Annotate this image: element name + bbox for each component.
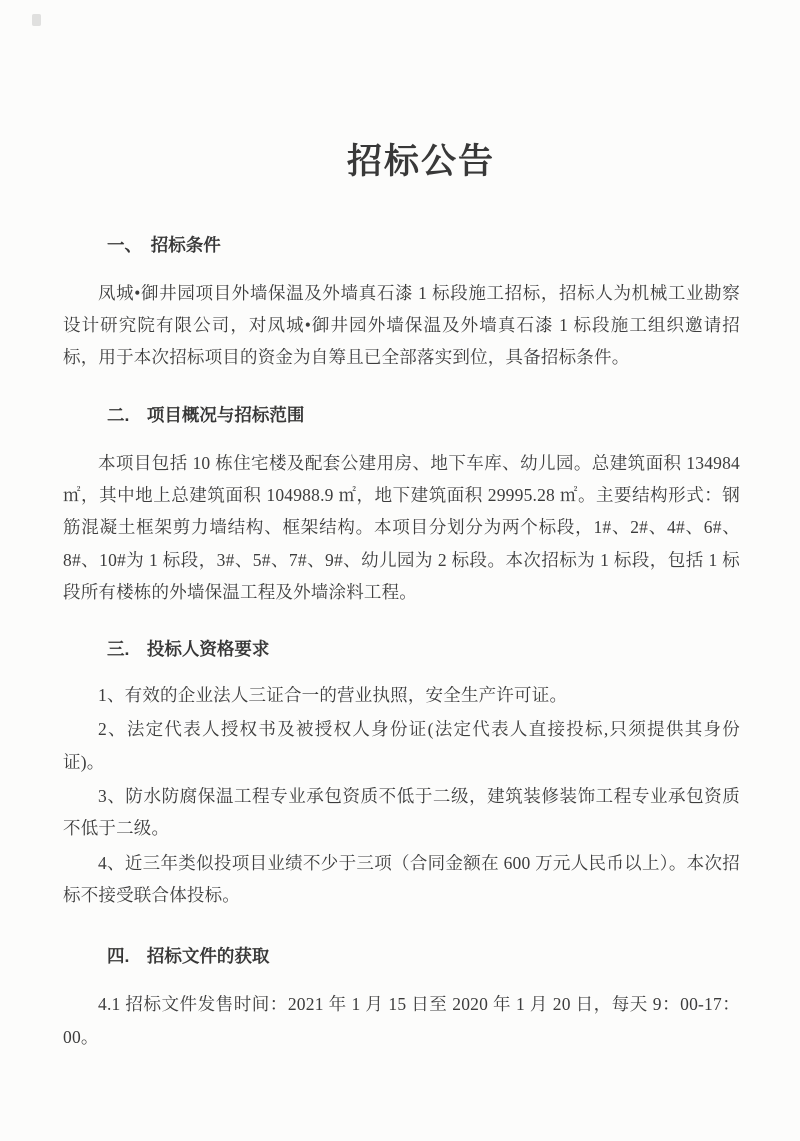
paragraph-project-overview: 本项目包括 10 栋住宅楼及配套公建用房、地下车库、幼儿园。总建筑面积 1349… <box>63 447 740 608</box>
document-body: 一、 招标条件 凤城•御井园项目外墙保温及外墙真石漆 1 标段施工招标，招标人为… <box>63 232 740 1053</box>
section-heading-tender-conditions: 一、 招标条件 <box>107 232 740 258</box>
qualification-item-4: 4、近三年类似投项目业绩不少于三项（合同金额在 600 万元人民币以上）。本次招… <box>63 847 740 912</box>
section-heading-bidder-qualifications: 三. 投标人资格要求 <box>107 636 740 662</box>
section-heading-project-overview: 二. 项目概况与招标范围 <box>107 402 740 428</box>
paragraph-document-sale-time: 4.1 招标文件发售时间：2021 年 1 月 15 日至 2020 年 1 月… <box>63 988 740 1053</box>
paragraph-tender-conditions: 凤城•御井园项目外墙保温及外墙真石漆 1 标段施工招标，招标人为机械工业勘察设计… <box>63 277 740 374</box>
section-heading-obtain-documents: 四. 招标文件的获取 <box>107 943 740 969</box>
scanned-document-page: 招标公告 一、 招标条件 凤城•御井园项目外墙保温及外墙真石漆 1 标段施工招标… <box>0 0 800 1141</box>
qualification-item-1: 1、有效的企业法人三证合一的营业执照，安全生产许可证。 <box>63 679 740 711</box>
qualification-item-2: 2、法定代表人授权书及被授权人身份证(法定代表人直接投标,只须提供其身份证)。 <box>63 713 740 778</box>
qualification-item-3: 3、防水防腐保温工程专业承包资质不低于二级，建筑装修装饰工程专业承包资质不低于二… <box>63 780 740 845</box>
scan-artifact <box>32 14 41 26</box>
document-title: 招标公告 <box>0 0 800 188</box>
